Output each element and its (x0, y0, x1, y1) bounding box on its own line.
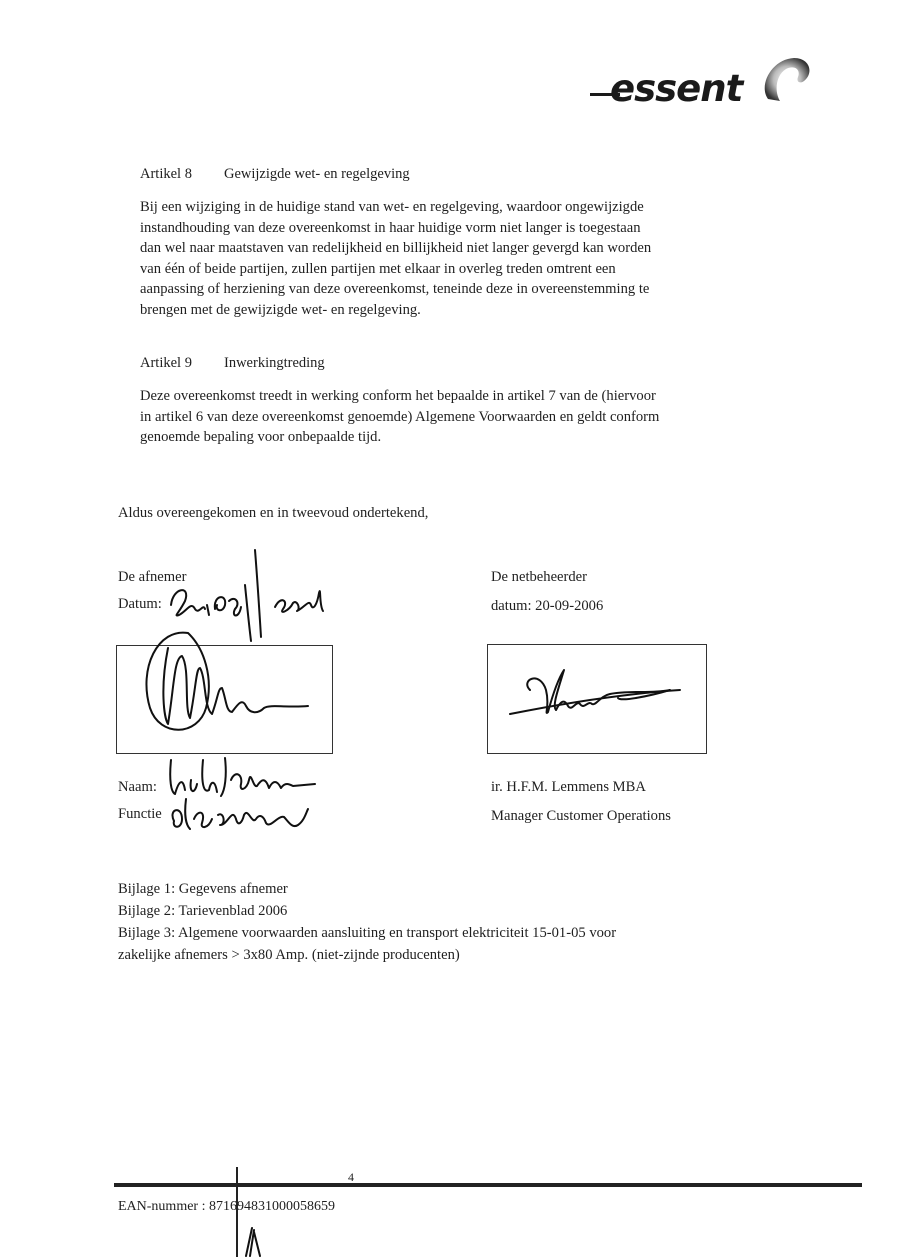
text-line: genoemde bepaling voor onbepaalde tijd. (140, 427, 780, 448)
right-party-label: De netbeheerder (491, 569, 587, 586)
footer-rule (114, 1183, 862, 1187)
text-line: brengen met de gewijzigde wet- en regelg… (140, 300, 780, 321)
text-line: instandhouding van deze overeenkomst in … (140, 218, 780, 239)
article-9-heading: Artikel 9Inwerkingtreding (140, 355, 325, 372)
attachment-item: zakelijke afnemers > 3x80 Amp. (niet-zij… (118, 944, 758, 966)
article-9-body: Deze overeenkomst treedt in werking conf… (140, 386, 780, 448)
attachment-item: Bijlage 1: Gegevens afnemer (118, 878, 758, 900)
left-signature (138, 628, 328, 758)
article-number: Artikel 9 (140, 355, 224, 372)
ean-value: 871694831000058659 (209, 1199, 335, 1214)
logo-text: essent (610, 67, 742, 110)
text-line: dan wel naar maatstaven van redelijkheid… (140, 238, 780, 259)
article-title: Inwerkingtreding (224, 355, 325, 371)
left-name-label: Naam: (118, 779, 157, 796)
essent-swirl-icon (758, 55, 812, 105)
text-line: Deze overeenkomst treedt in werking conf… (140, 386, 780, 407)
right-signer-name: ir. H.F.M. Lemmens MBA (491, 779, 646, 796)
right-date: datum: 20-09-2006 (491, 598, 603, 615)
left-function-label: Functie (118, 806, 162, 823)
closing-statement: Aldus overeengekomen en in tweevoud onde… (118, 505, 428, 522)
article-number: Artikel 8 (140, 166, 224, 183)
ean-row: EAN-nummer : 871694831000058659 (118, 1199, 335, 1215)
text-line: aanpassing of herziening van deze overee… (140, 279, 780, 300)
left-handwritten-function (168, 795, 318, 835)
text-line: van één of beide partijen, zullen partij… (140, 259, 780, 280)
article-8-heading: Artikel 8Gewijzigde wet- en regelgeving (140, 166, 410, 183)
attachment-item: Bijlage 2: Tarievenblad 2006 (118, 900, 758, 922)
attachments-list: Bijlage 1: Gegevens afnemer Bijlage 2: T… (118, 878, 758, 966)
left-handwritten-name (165, 750, 335, 800)
ean-label: EAN-nummer : (118, 1199, 205, 1214)
text-line: in artikel 6 van deze overeenkomst genoe… (140, 407, 780, 428)
text-line: Bij een wijziging in de huidige stand va… (140, 197, 780, 218)
attachment-item: Bijlage 3: Algemene voorwaarden aansluit… (118, 922, 758, 944)
article-title: Gewijzigde wet- en regelgeving (224, 166, 410, 182)
essent-logo: essent (590, 55, 815, 125)
right-signer-function: Manager Customer Operations (491, 808, 671, 825)
right-signature (500, 650, 700, 750)
initials-mark (242, 1218, 266, 1257)
article-8-body: Bij een wijziging in de huidige stand va… (140, 197, 780, 320)
left-date-label: Datum: (118, 596, 162, 613)
